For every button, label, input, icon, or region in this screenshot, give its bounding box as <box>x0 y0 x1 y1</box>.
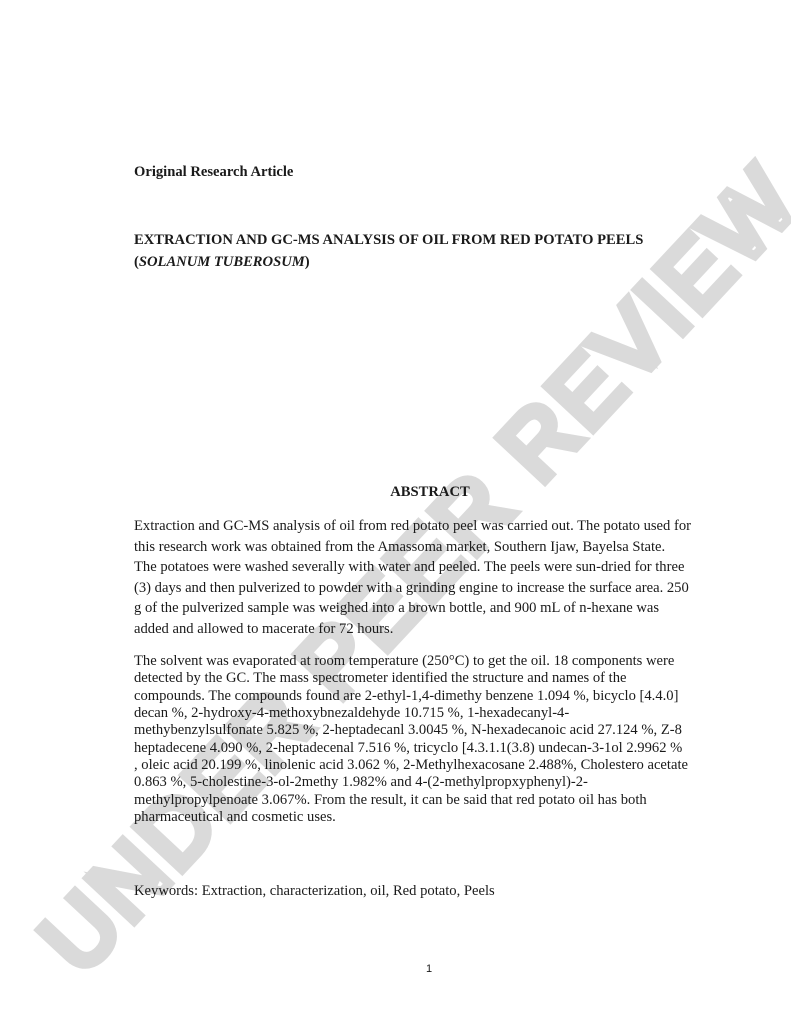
abstract-line: heptadecene 4.090 %, 2-heptadecenal 7.51… <box>134 739 682 757</box>
abstract-line: this research work was obtained from the… <box>134 538 665 556</box>
abstract-line: pharmaceutical and cosmetic uses. <box>134 808 336 826</box>
abstract-line: methylpropylpenoate 3.067%. From the res… <box>134 791 647 809</box>
page-number: 1 <box>0 961 791 977</box>
keywords-line: Keywords: Extraction, characterization, … <box>134 882 495 900</box>
abstract-line: added and allowed to macerate for 72 hou… <box>134 620 393 638</box>
scientific-name: SOLANUM TUBEROSUM <box>139 254 305 270</box>
abstract-line: , oleic acid 20.199 %, linolenic acid 3.… <box>134 756 688 774</box>
page-content: Original Research Article EXTRACTION AND… <box>0 0 791 1024</box>
abstract-line: Extraction and GC-MS analysis of oil fro… <box>134 517 691 535</box>
article-type-label: Original Research Article <box>134 163 293 181</box>
abstract-line: compounds. The compounds found are 2-eth… <box>134 687 678 705</box>
abstract-line: 0.863 %, 5-cholestine-3-ol-2methy 1.982%… <box>134 773 588 791</box>
abstract-line: (3) days and then pulverized to powder w… <box>134 579 689 597</box>
document-page: UNDER PEER REVIEW Original Research Arti… <box>0 0 791 1024</box>
abstract-line: decan %, 2-hydroxy-4-methoxybnezaldehyde… <box>134 704 569 722</box>
abstract-line: The solvent was evaporated at room tempe… <box>134 652 674 670</box>
abstract-line: The potatoes were washed severally with … <box>134 558 684 576</box>
abstract-line: g of the pulverized sample was weighed i… <box>134 599 659 617</box>
article-title-line-2: (SOLANUM TUBEROSUM) <box>134 253 310 271</box>
article-title-line-1: EXTRACTION AND GC-MS ANALYSIS OF OIL FRO… <box>134 231 643 249</box>
abstract-line: methybenzylsulfonate 5.825 %, 2-heptadec… <box>134 721 682 739</box>
title-paren-close: ) <box>305 254 310 270</box>
abstract-line: detected by the GC. The mass spectromete… <box>134 669 627 687</box>
abstract-heading: ABSTRACT <box>0 483 791 501</box>
